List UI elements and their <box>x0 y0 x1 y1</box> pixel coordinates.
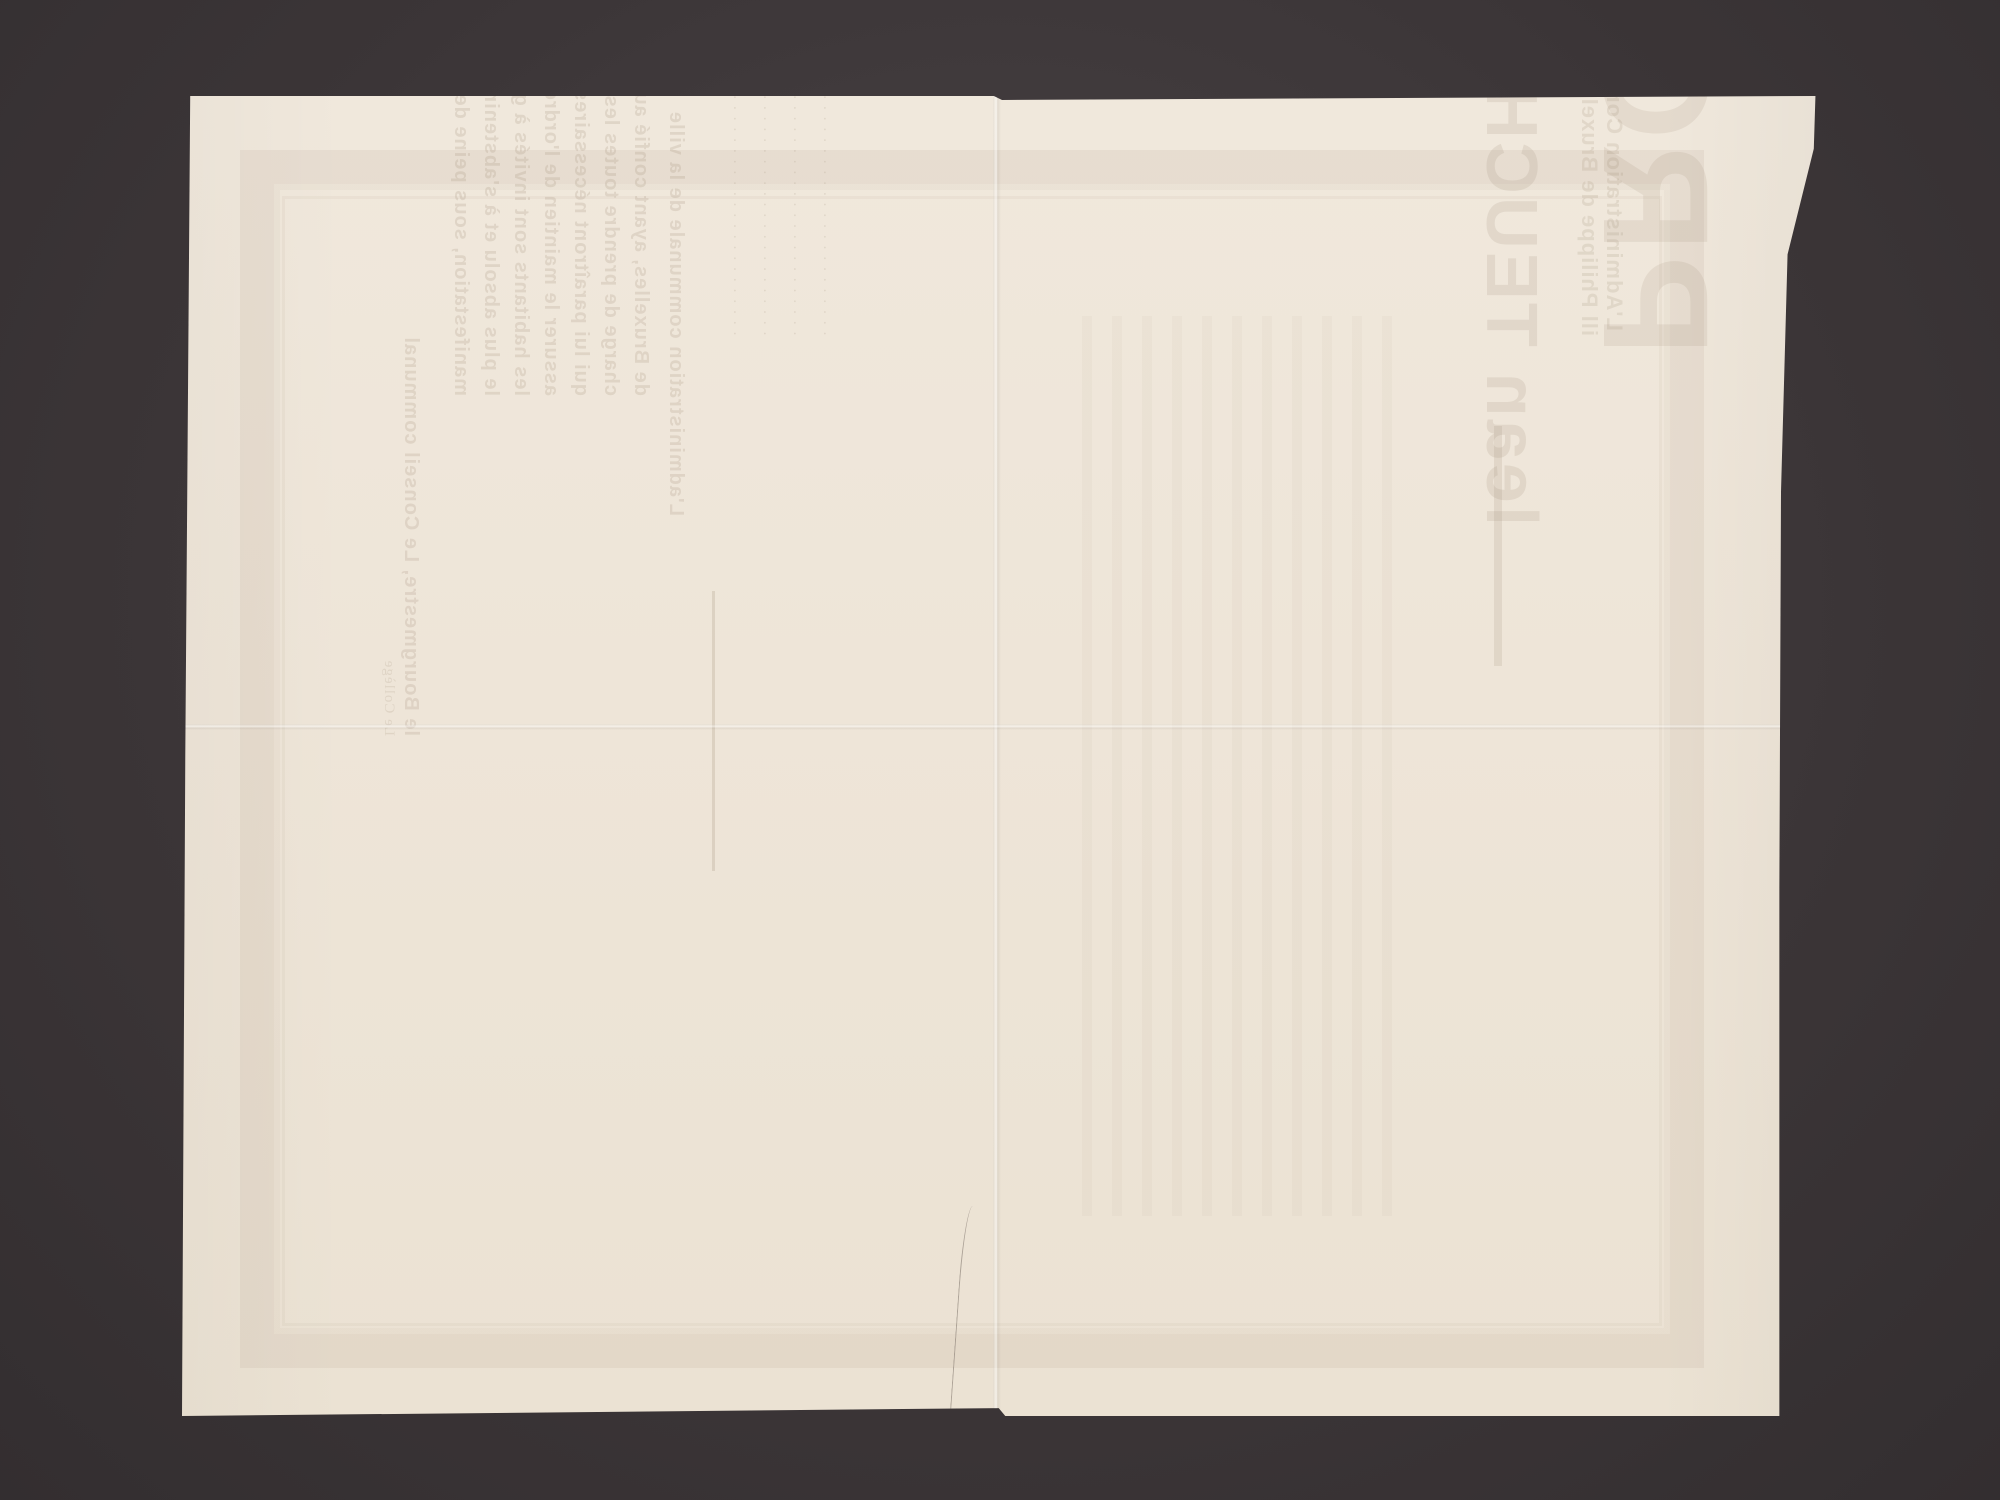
vertical-fold-crease <box>993 96 1001 1416</box>
small-text-line: · · · · · · · · · · · · · · · · · · · · … <box>755 0 772 336</box>
body-line: manifestation, sous peine de sanctions <box>449 0 472 396</box>
body-line: le plus absolu et à s'abstenir de toute <box>479 1 502 396</box>
body-line: les habitants sont invités à garder le c… <box>509 0 532 396</box>
body-line: qui lui paraîtront nécessaires pour <box>569 33 592 396</box>
body-line: assurer le maintien de l'ordre public <box>539 16 562 396</box>
small-text-line: · · · · · · · · · · · · · · · · · · · · … <box>725 0 742 336</box>
body-line: L'administration communale de la ville <box>664 111 687 516</box>
body-line: charge de prendre toutes les mesures <box>599 0 622 396</box>
faint-text-columns <box>1082 316 1402 1216</box>
small-text-line: · · · · · · · · · · · · · · · · · · · · … <box>785 0 802 336</box>
body-line: le Bourgmestre, Le Conseil communal <box>399 336 422 736</box>
subtitle-line-1: L'Administration Communale a l'unanimité… <box>1601 0 1627 331</box>
subtitle-line-2: ill Philippe de Bruxelles pour le bourgm… <box>1576 0 1602 336</box>
poster-paper: PROCLAMATION L'Administration Communale … <box>182 96 1822 1416</box>
name-heading: lean TEUCHER'S <box>1470 0 1552 526</box>
body-divider-rule <box>712 591 715 871</box>
small-text-line: · · · · · · · · · · · · · · · · · · · · … <box>815 0 832 336</box>
body-line: de Bruxelles, ayant confié au Gouverneme… <box>629 0 652 396</box>
horizontal-fold-crease <box>182 724 1822 730</box>
